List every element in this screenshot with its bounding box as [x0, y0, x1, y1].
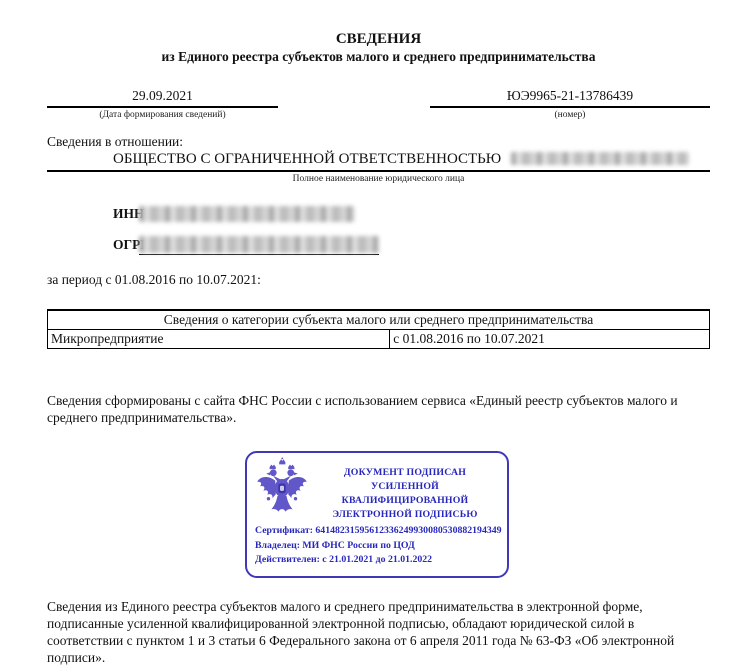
formation-date-field: 29.09.2021 (Дата формирования сведений) [47, 88, 278, 120]
formation-fields-row: 29.09.2021 (Дата формирования сведений) … [47, 88, 710, 120]
stamp-owner: Владелец: МИ ФНС России по ЦОД [255, 539, 499, 554]
ogrn-value-redacted-blur [139, 236, 379, 253]
stamp-validity: Действителен: с 21.01.2021 до 21.01.2022 [255, 553, 499, 568]
coat-of-arms-icon [253, 457, 311, 519]
document-number-caption: (номер) [430, 110, 710, 120]
ogrn-row: ОГРН [47, 235, 710, 255]
relation-intro: Сведения в отношении: [47, 134, 710, 150]
company-name: ОБЩЕСТВО С ОГРАНИЧЕННОЙ ОТВЕТСТВЕННОСТЬЮ [113, 151, 501, 167]
stamp-headings: ДОКУМЕНТ ПОДПИСАН УСИЛЕННОЙ КВАЛИФИЦИРОВ… [311, 457, 499, 522]
stamp-certificate-block: Сертификат: 6414823159561233624993008053… [253, 524, 499, 568]
company-name-redacted-blur [511, 152, 689, 165]
company-name-line: ОБЩЕСТВО С ОГРАНИЧЕННОЙ ОТВЕТСТВЕННОСТЬЮ [47, 151, 710, 172]
inn-row: ИНН [47, 206, 710, 222]
stamp-certificate-number: Сертификат: 6414823159561233624993008053… [255, 524, 499, 539]
company-name-caption: Полное наименование юридического лица [47, 174, 710, 184]
category-table-header-row: Сведения о категории субъекта малого или… [48, 310, 710, 330]
formation-date-value: 29.09.2021 [47, 88, 278, 108]
stamp-top-row: ДОКУМЕНТ ПОДПИСАН УСИЛЕННОЙ КВАЛИФИЦИРОВ… [253, 457, 499, 522]
stamp-heading-line-1: ДОКУМЕНТ ПОДПИСАН [311, 466, 499, 480]
table-row: Микропредприятие с 01.08.2016 по 10.07.2… [48, 330, 710, 349]
category-cell: Микропредприятие [48, 330, 390, 349]
stamp-heading-line-2: УСИЛЕННОЙ КВАЛИФИЦИРОВАННОЙ [311, 480, 499, 508]
document-subtitle: из Единого реестра субъектов малого и ср… [47, 48, 710, 65]
ogrn-value-underline [139, 235, 379, 255]
inn-value-redacted-blur [139, 206, 355, 222]
formation-date-caption: (Дата формирования сведений) [47, 110, 278, 120]
source-note: Сведения сформированы с сайта ФНС России… [47, 392, 707, 426]
category-table: Сведения о категории субъекта малого или… [47, 309, 710, 349]
category-table-header: Сведения о категории субъекта малого или… [48, 310, 710, 330]
legal-note: Сведения из Единого реестра субъектов ма… [47, 598, 710, 666]
digital-signature-stamp: ДОКУМЕНТ ПОДПИСАН УСИЛЕННОЙ КВАЛИФИЦИРОВ… [245, 451, 509, 578]
ogrn-label: ОГРН [47, 237, 139, 253]
document-number-field: ЮЭ9965-21-13786439 (номер) [430, 88, 710, 120]
document-number-value: ЮЭ9965-21-13786439 [430, 88, 710, 108]
document-title: СВЕДЕНИЯ [47, 30, 710, 48]
inn-label: ИНН [47, 206, 139, 222]
document-page: СВЕДЕНИЯ из Единого реестра субъектов ма… [0, 0, 749, 668]
period-line: за период с 01.08.2016 по 10.07.2021: [47, 272, 710, 288]
stamp-heading-line-3: ЭЛЕКТРОННОЙ ПОДПИСЬЮ [311, 508, 499, 522]
category-period-cell: с 01.08.2016 по 10.07.2021 [390, 330, 710, 349]
